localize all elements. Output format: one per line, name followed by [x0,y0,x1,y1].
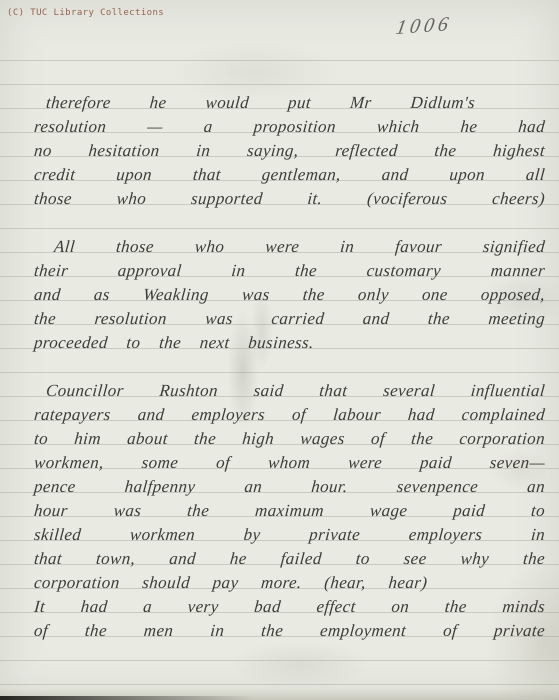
text-line: their approval in the customary manner [33,259,546,283]
text-line: those who supported it. (vociferous chee… [33,187,546,211]
copyright-stamp: (C) TUC Library Collections [7,8,164,18]
text-line: resolution — a proposition which he had [33,115,546,139]
text-line: proceeded to the next business. [33,331,546,355]
text-line: pence halfpenny an hour. sevenpence an [33,475,546,499]
page-number: 1006 [394,13,454,40]
text-line: no hesitation in saying, reflected the h… [33,139,546,163]
text-line: It had a very bad effect on the minds [33,595,546,619]
text-line: to him about the high wages of the corpo… [33,427,546,451]
manuscript-page: (C) TUC Library Collections 1006 therefo… [0,0,559,700]
text-line: skilled workmen by private employers in [33,523,546,547]
paragraph-1: therefore he would put Mr Didlum's resol… [33,91,544,211]
handwritten-text: therefore he would put Mr Didlum's resol… [33,91,544,667]
paragraph-2: All those who were in favour signified t… [33,235,544,355]
text-line: hour was the maximum wage paid to [33,499,546,523]
text-line: ratepayers and employers of labour had c… [33,403,546,427]
paragraph-3: Councillor Rushton said that several inf… [33,379,544,643]
text-line: corporation should pay more. (hear, hear… [33,571,546,595]
text-line: Councillor Rushton said that several inf… [33,379,546,403]
text-line: that town, and he failed to see why the [33,547,546,571]
text-line: the resolution was carried and the meeti… [33,307,546,331]
text-line: of the men in the employment of private [33,619,546,643]
text-line: All those who were in favour signified [33,235,546,259]
page-bottom-shadow [0,688,559,700]
text-line: workmen, some of whom were paid seven— [33,451,546,475]
text-line: and as Weakling was the only one opposed… [33,283,546,307]
page-bottom-edge [0,696,255,700]
text-line: therefore he would put Mr Didlum's [33,91,546,115]
text-line: credit upon that gentleman, and upon all [33,163,546,187]
